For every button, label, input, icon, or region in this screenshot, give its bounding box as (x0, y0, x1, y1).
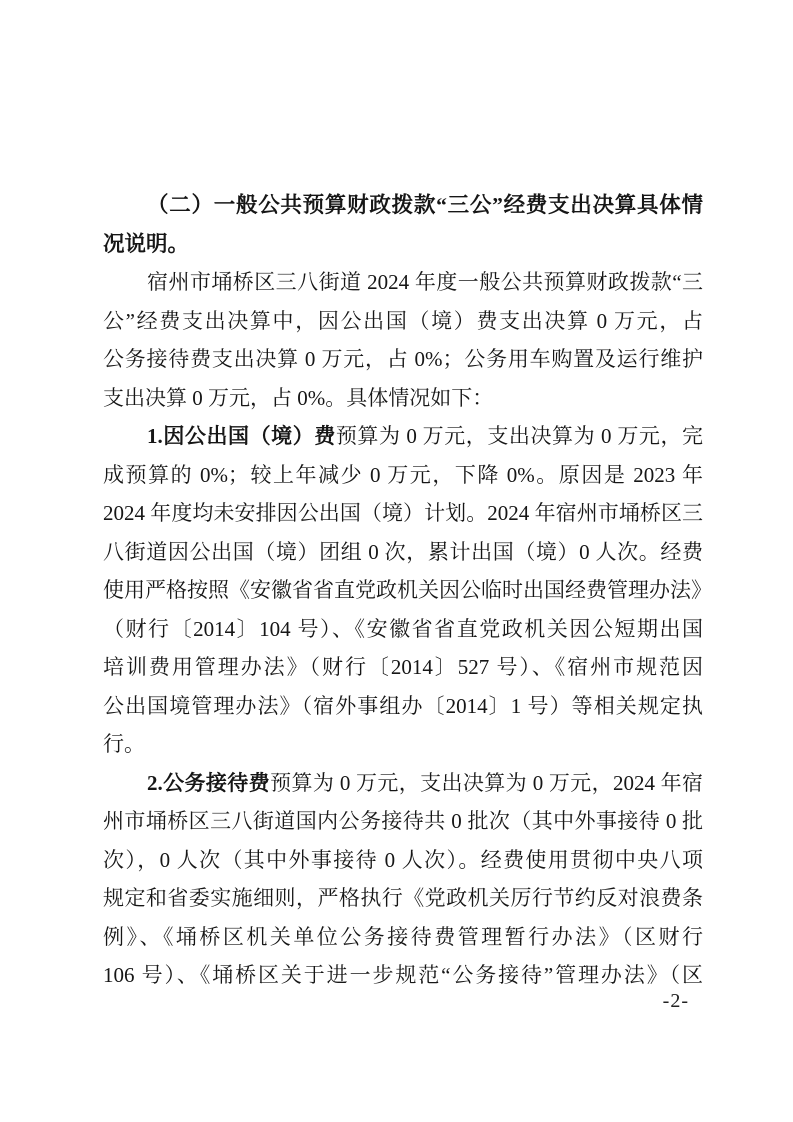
item-text: 预算为 0 万元，支出决算为 0 万元，完 (336, 424, 703, 448)
body-text-line: 次），0 人次（其中外事接待 0 人次）。经费使用贯彻中央八项 (103, 841, 703, 880)
body-text-line: 八街道因公出国（境）团组 0 次，累计出国（境）0 人次。经费 (103, 533, 703, 572)
body-text-line: 规定和省委实施细则，严格执行《党政机关厉行节约反对浪费条 (103, 879, 703, 918)
body-text-line: 使用严格按照《安徽省省直党政机关因公临时出国经费管理办法》 (103, 571, 703, 610)
body-text-line: 公出国境管理办法》（宿外事组办〔2014〕1 号）等相关规定执 (103, 687, 703, 726)
body-text-line: 行。 (103, 725, 703, 764)
body-text-line: 2.公务接待费预算为 0 万元，支出决算为 0 万元，2024 年宿 (103, 764, 703, 803)
body-text-line: 支出决算 0 万元，占 0%。具体情况如下： (103, 379, 703, 418)
section-heading-line: （二）一般公共预算财政拨款“三公”经费支出决算具体情 (103, 186, 703, 225)
page-number: -2- (663, 990, 689, 1013)
item-label: 1.因公出国（境）费 (147, 424, 336, 448)
item-text: 预算为 0 万元，支出决算为 0 万元，2024 年宿 (270, 771, 703, 795)
body-text-line: 106 号）、《埇桥区关于进一步规范“公务接待”管理办法》（区 (103, 956, 703, 995)
body-text-line: 1.因公出国（境）费预算为 0 万元，支出决算为 0 万元，完 (103, 417, 703, 456)
body-text-line: 成预算的 0%；较上年减少 0 万元，下降 0%。原因是 2023 年度、 (103, 456, 703, 495)
document-page: （二）一般公共预算财政拨款“三公”经费支出决算具体情 况说明。 宿州市埇桥区三八… (0, 0, 793, 1122)
body-text-line: 2024 年度均未安排因公出国（境）计划。2024 年宿州市埇桥区三 (103, 494, 703, 533)
body-text-line: （财行〔2014〕104 号）、《安徽省省直党政机关因公短期出国 (103, 610, 703, 649)
body-text-line: 州市埇桥区三八街道国内公务接待共 0 批次（其中外事接待 0 批 (103, 802, 703, 841)
item-label: 2.公务接待费 (147, 771, 270, 795)
body-text-line: 例》、《埇桥区机关单位公务接待费管理暂行办法》（区财行〔2016〕 (103, 918, 703, 957)
body-text-line: 公务接待费支出决算 0 万元，占 0%；公务用车购置及运行维护费 (103, 340, 703, 379)
body-text-line: 公”经费支出决算中，因公出国（境）费支出决算 0 万元，占 0%； (103, 302, 703, 341)
page-content: （二）一般公共预算财政拨款“三公”经费支出决算具体情 况说明。 宿州市埇桥区三八… (103, 186, 703, 995)
section-heading-line: 况说明。 (103, 225, 703, 264)
body-text-line: 宿州市埇桥区三八街道 2024 年度一般公共预算财政拨款“三 (103, 263, 703, 302)
body-text-line: 培训费用管理办法》（财行〔2014〕527 号）、《宿州市规范因 (103, 648, 703, 687)
